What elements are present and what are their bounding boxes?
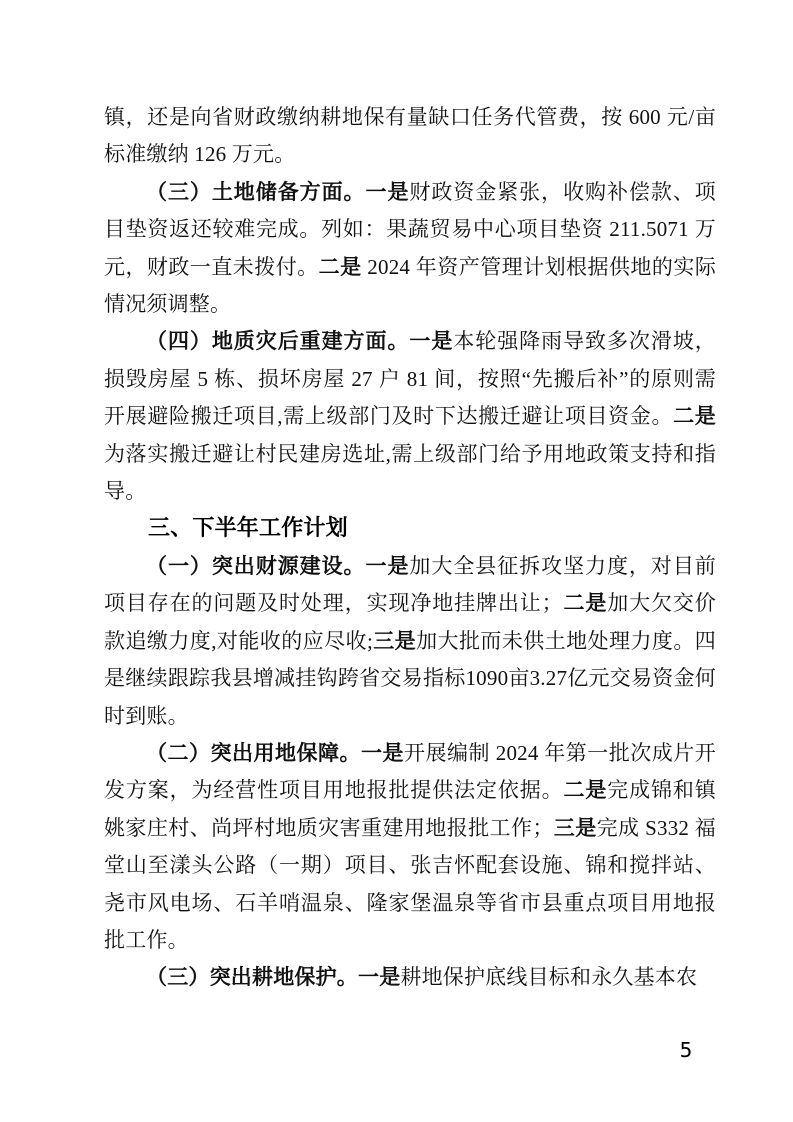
paragraph-text: 镇，还是向省财政缴纳耕地保有量缺口任务代管费，按 600 元/亩标准缴纳 126…: [104, 105, 716, 166]
paragraph: （三）突出耕地保护。一是耕地保护底线目标和永久基本农: [104, 959, 716, 996]
page-number: 5: [669, 1038, 703, 1062]
paragraph: （三）土地储备方面。一是财政资金紧张，收购补偿款、项目垫资返还较难完成。列如：果…: [104, 174, 716, 324]
paragraph-emphasis: 三是: [373, 629, 416, 653]
paragraph-emphasis: （四）地质灾后重建方面。一是: [146, 329, 453, 353]
paragraph: （四）地质灾后重建方面。一是本轮强降雨导致多次滑坡，损毁房屋 5 栋、损坏房屋 …: [104, 323, 716, 510]
paragraph-emphasis: 三是: [554, 816, 597, 840]
document-body: 镇，还是向省财政缴纳耕地保有量缺口任务代管费，按 600 元/亩标准缴纳 126…: [104, 99, 716, 997]
paragraph-emphasis: 二是: [319, 255, 362, 279]
paragraph-emphasis: 二是: [563, 591, 607, 615]
paragraph-emphasis: （一）突出财源建设。一是: [146, 554, 409, 578]
paragraph-emphasis: （三）土地储备方面。一是: [146, 180, 409, 204]
paragraph-emphasis: 二是: [673, 404, 716, 428]
paragraph-emphasis: 二是: [564, 778, 608, 802]
paragraph: （二）突出用地保障。一是开展编制 2024 年第一批次成片开发方案，为经营性项目…: [104, 735, 716, 959]
paragraph-text: 为落实搬迁避让村民建房选址,需上级部门给予用地政策支持和指导。: [104, 442, 716, 503]
paragraph-emphasis: （二）突出用地保障。一是: [146, 741, 404, 765]
document-page: 镇，还是向省财政缴纳耕地保有量缺口任务代管费，按 600 元/亩标准缴纳 126…: [0, 0, 793, 1122]
paragraph-text: 耕地保护底线目标和永久基本农: [400, 965, 697, 989]
paragraph: （一）突出财源建设。一是加大全县征拆攻坚力度，对目前项目存在的问题及时处理，实现…: [104, 548, 716, 735]
section-heading: 三、下半年工作计划: [104, 510, 716, 547]
paragraph-emphasis: （三）突出耕地保护。一是: [146, 965, 400, 989]
paragraph: 镇，还是向省财政缴纳耕地保有量缺口任务代管费，按 600 元/亩标准缴纳 126…: [104, 99, 716, 174]
